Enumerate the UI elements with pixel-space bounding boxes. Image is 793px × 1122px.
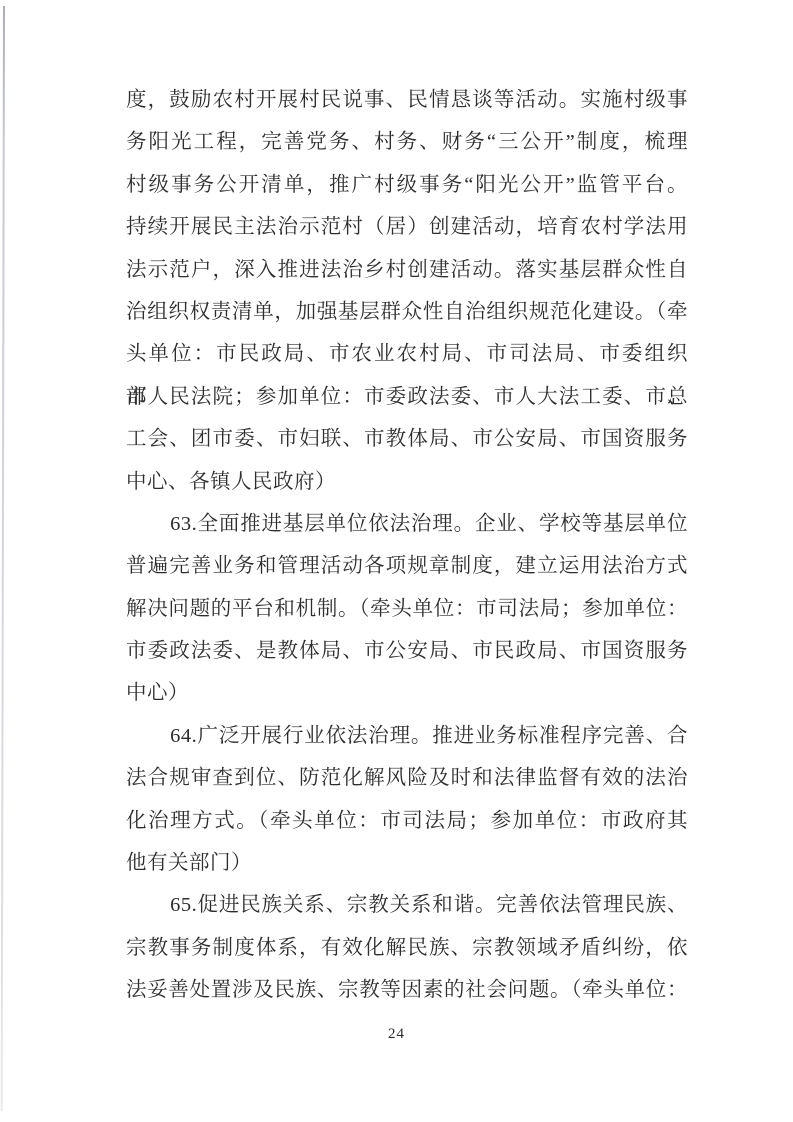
text-line: 法妥善处置涉及民族、宗教等因素的社会问题。（牵头单位： (126, 969, 688, 1011)
document-page: 度，鼓励农村开展村民说事、民情恳谈等活动。实施村级事务阳光工程，完善党务、村务、… (0, 0, 793, 1122)
text-line: 法示范户，深入推进法治乡村创建活动。落实基层群众性自 (126, 249, 688, 291)
text-line: 64.广泛开展行业依法治理。推进业务标准程序完善、合 (126, 715, 688, 757)
text-line: 65.促进民族关系、宗教关系和谐。完善依法管理民族、 (126, 884, 688, 926)
text-line: 治组织权责清单，加强基层群众性自治组织规范化建设。（牵 (126, 291, 688, 333)
text-line: 63.全面推进基层单位依法治理。企业、学校等基层单位 (126, 503, 688, 545)
text-line: 普遍完善业务和管理活动各项规章制度，建立运用法治方式 (126, 545, 688, 587)
page-number: 24 (0, 1026, 793, 1043)
text-line: 中心、各镇人民政府） (126, 461, 688, 503)
text-line: 法合规审查到位、防范化解风险及时和法律监督有效的法治 (126, 757, 688, 799)
text-line: 村级事务公开清单，推广村级事务“阳光公开”监管平台。 (126, 164, 688, 206)
text-line: 宗教事务制度体系，有效化解民族、宗教领域矛盾纠纷，依 (126, 927, 688, 969)
text-line: 中心） (126, 672, 688, 714)
text-line: 头单位：市民政局、市农业农村局、市司法局、市委组织部、 (126, 333, 688, 375)
document-body: 度，鼓励农村开展村民说事、民情恳谈等活动。实施村级事务阳光工程，完善党务、村务、… (126, 79, 688, 1012)
text-line: 务阳光工程，完善党务、村务、财务“三公开”制度，梳理 (126, 121, 688, 163)
text-line: 持续开展民主法治示范村（居）创建活动，培育农村学法用 (126, 206, 688, 248)
text-line: 工会、团市委、市妇联、市教体局、市公安局、市国资服务 (126, 418, 688, 460)
scan-edge-artifact (1, 6, 5, 1111)
text-line: 解决问题的平台和机制。（牵头单位：市司法局；参加单位： (126, 588, 688, 630)
text-line: 市人民法院；参加单位：市委政法委、市人大法工委、市总 (126, 376, 688, 418)
text-line: 度，鼓励农村开展村民说事、民情恳谈等活动。实施村级事 (126, 79, 688, 121)
text-line: 化治理方式。（牵头单位：市司法局；参加单位：市政府其 (126, 800, 688, 842)
text-line: 市委政法委、是教体局、市公安局、市民政局、市国资服务 (126, 630, 688, 672)
text-line: 他有关部门） (126, 842, 688, 884)
